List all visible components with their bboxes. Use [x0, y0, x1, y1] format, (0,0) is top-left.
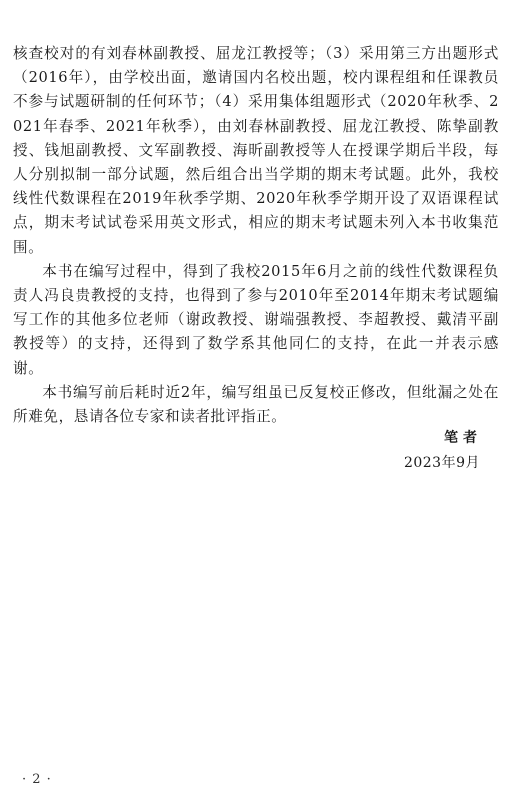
preface-body: 核查校对的有刘春林副教授、屈龙江教授等；（3）采用第三方出题形式（2016年），…: [13, 42, 499, 429]
signature-block: 笔者 2023年9月: [404, 426, 480, 476]
signature-date: 2023年9月: [404, 451, 480, 476]
signature-author: 笔者: [404, 426, 482, 451]
page-number: · 2 ·: [22, 772, 52, 787]
paragraph-exam-formats: 核查校对的有刘春林副教授、屈龙江教授等；（3）采用第三方出题形式（2016年），…: [13, 42, 499, 260]
paragraph-acknowledgements: 本书在编写过程中，得到了我校2015年6月之前的线性代数课程负责人冯良贵教授的支…: [13, 260, 499, 381]
paragraph-closing-note: 本书编写前后耗时近2年，编写组虽已反复校正修改，但纰漏之处在所难免，恳请各位专家…: [13, 381, 499, 429]
